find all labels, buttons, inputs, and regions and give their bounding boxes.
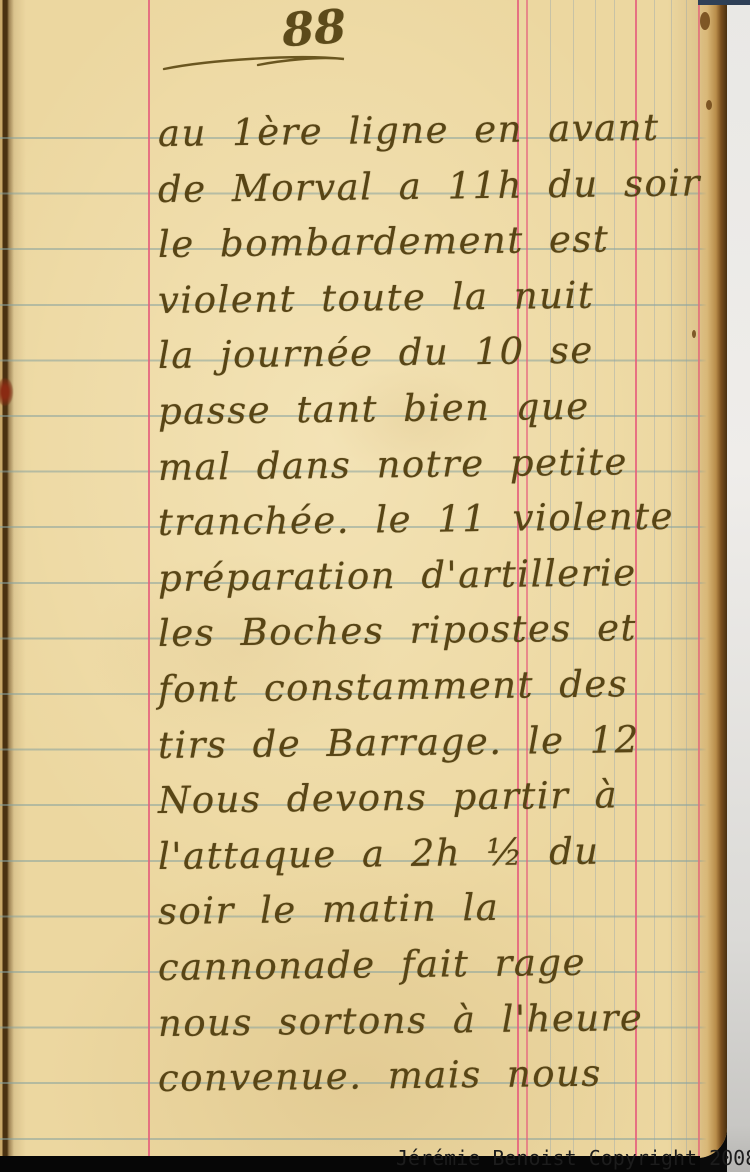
handwriting-line: tirs de Barrage. le 12 — [158, 711, 719, 773]
handwriting-line: font constamment des — [158, 655, 719, 717]
scanned-page: 88 au 1ère ligne en avant de Morval a 11… — [0, 0, 750, 1172]
handwriting-line: la journée du 10 se — [158, 321, 719, 383]
scanner-edge-top — [698, 0, 750, 5]
handwriting-line: l'attaque a 2h ½ du — [158, 822, 719, 884]
handwriting-block: au 1ère ligne en avant de Morval a 11h d… — [0, 0, 727, 1158]
handwriting-line: violent toute la nuit — [158, 266, 719, 328]
notebook-page: 88 au 1ère ligne en avant de Morval a 11… — [0, 0, 727, 1158]
handwriting-line: Nous devons partir à — [158, 766, 719, 828]
handwriting-line: nous sortons à l'heure — [158, 989, 719, 1051]
handwriting-line: tranchée. le 11 violente — [158, 488, 719, 550]
handwriting-line: convenue. mais nous — [158, 1044, 719, 1106]
handwriting-line: au 1ère ligne en avant — [158, 99, 719, 161]
handwriting-line: cannonade fait rage — [158, 933, 719, 995]
handwriting-line: préparation d'artillerie — [158, 544, 719, 606]
handwriting-line: les Boches ripostes et — [158, 599, 719, 661]
handwriting-line: le bombardement est — [158, 210, 719, 272]
copyright-watermark: Jérémie Benoist Copyright 2008 — [396, 1146, 750, 1170]
handwriting-line: soir le matin la — [158, 877, 719, 939]
handwriting-line: passe tant bien que — [158, 377, 719, 439]
scanner-background-strip — [727, 0, 750, 1172]
handwriting-line: de Morval a 11h du soir — [158, 155, 719, 217]
handwriting-line: mal dans notre petite — [158, 433, 719, 495]
